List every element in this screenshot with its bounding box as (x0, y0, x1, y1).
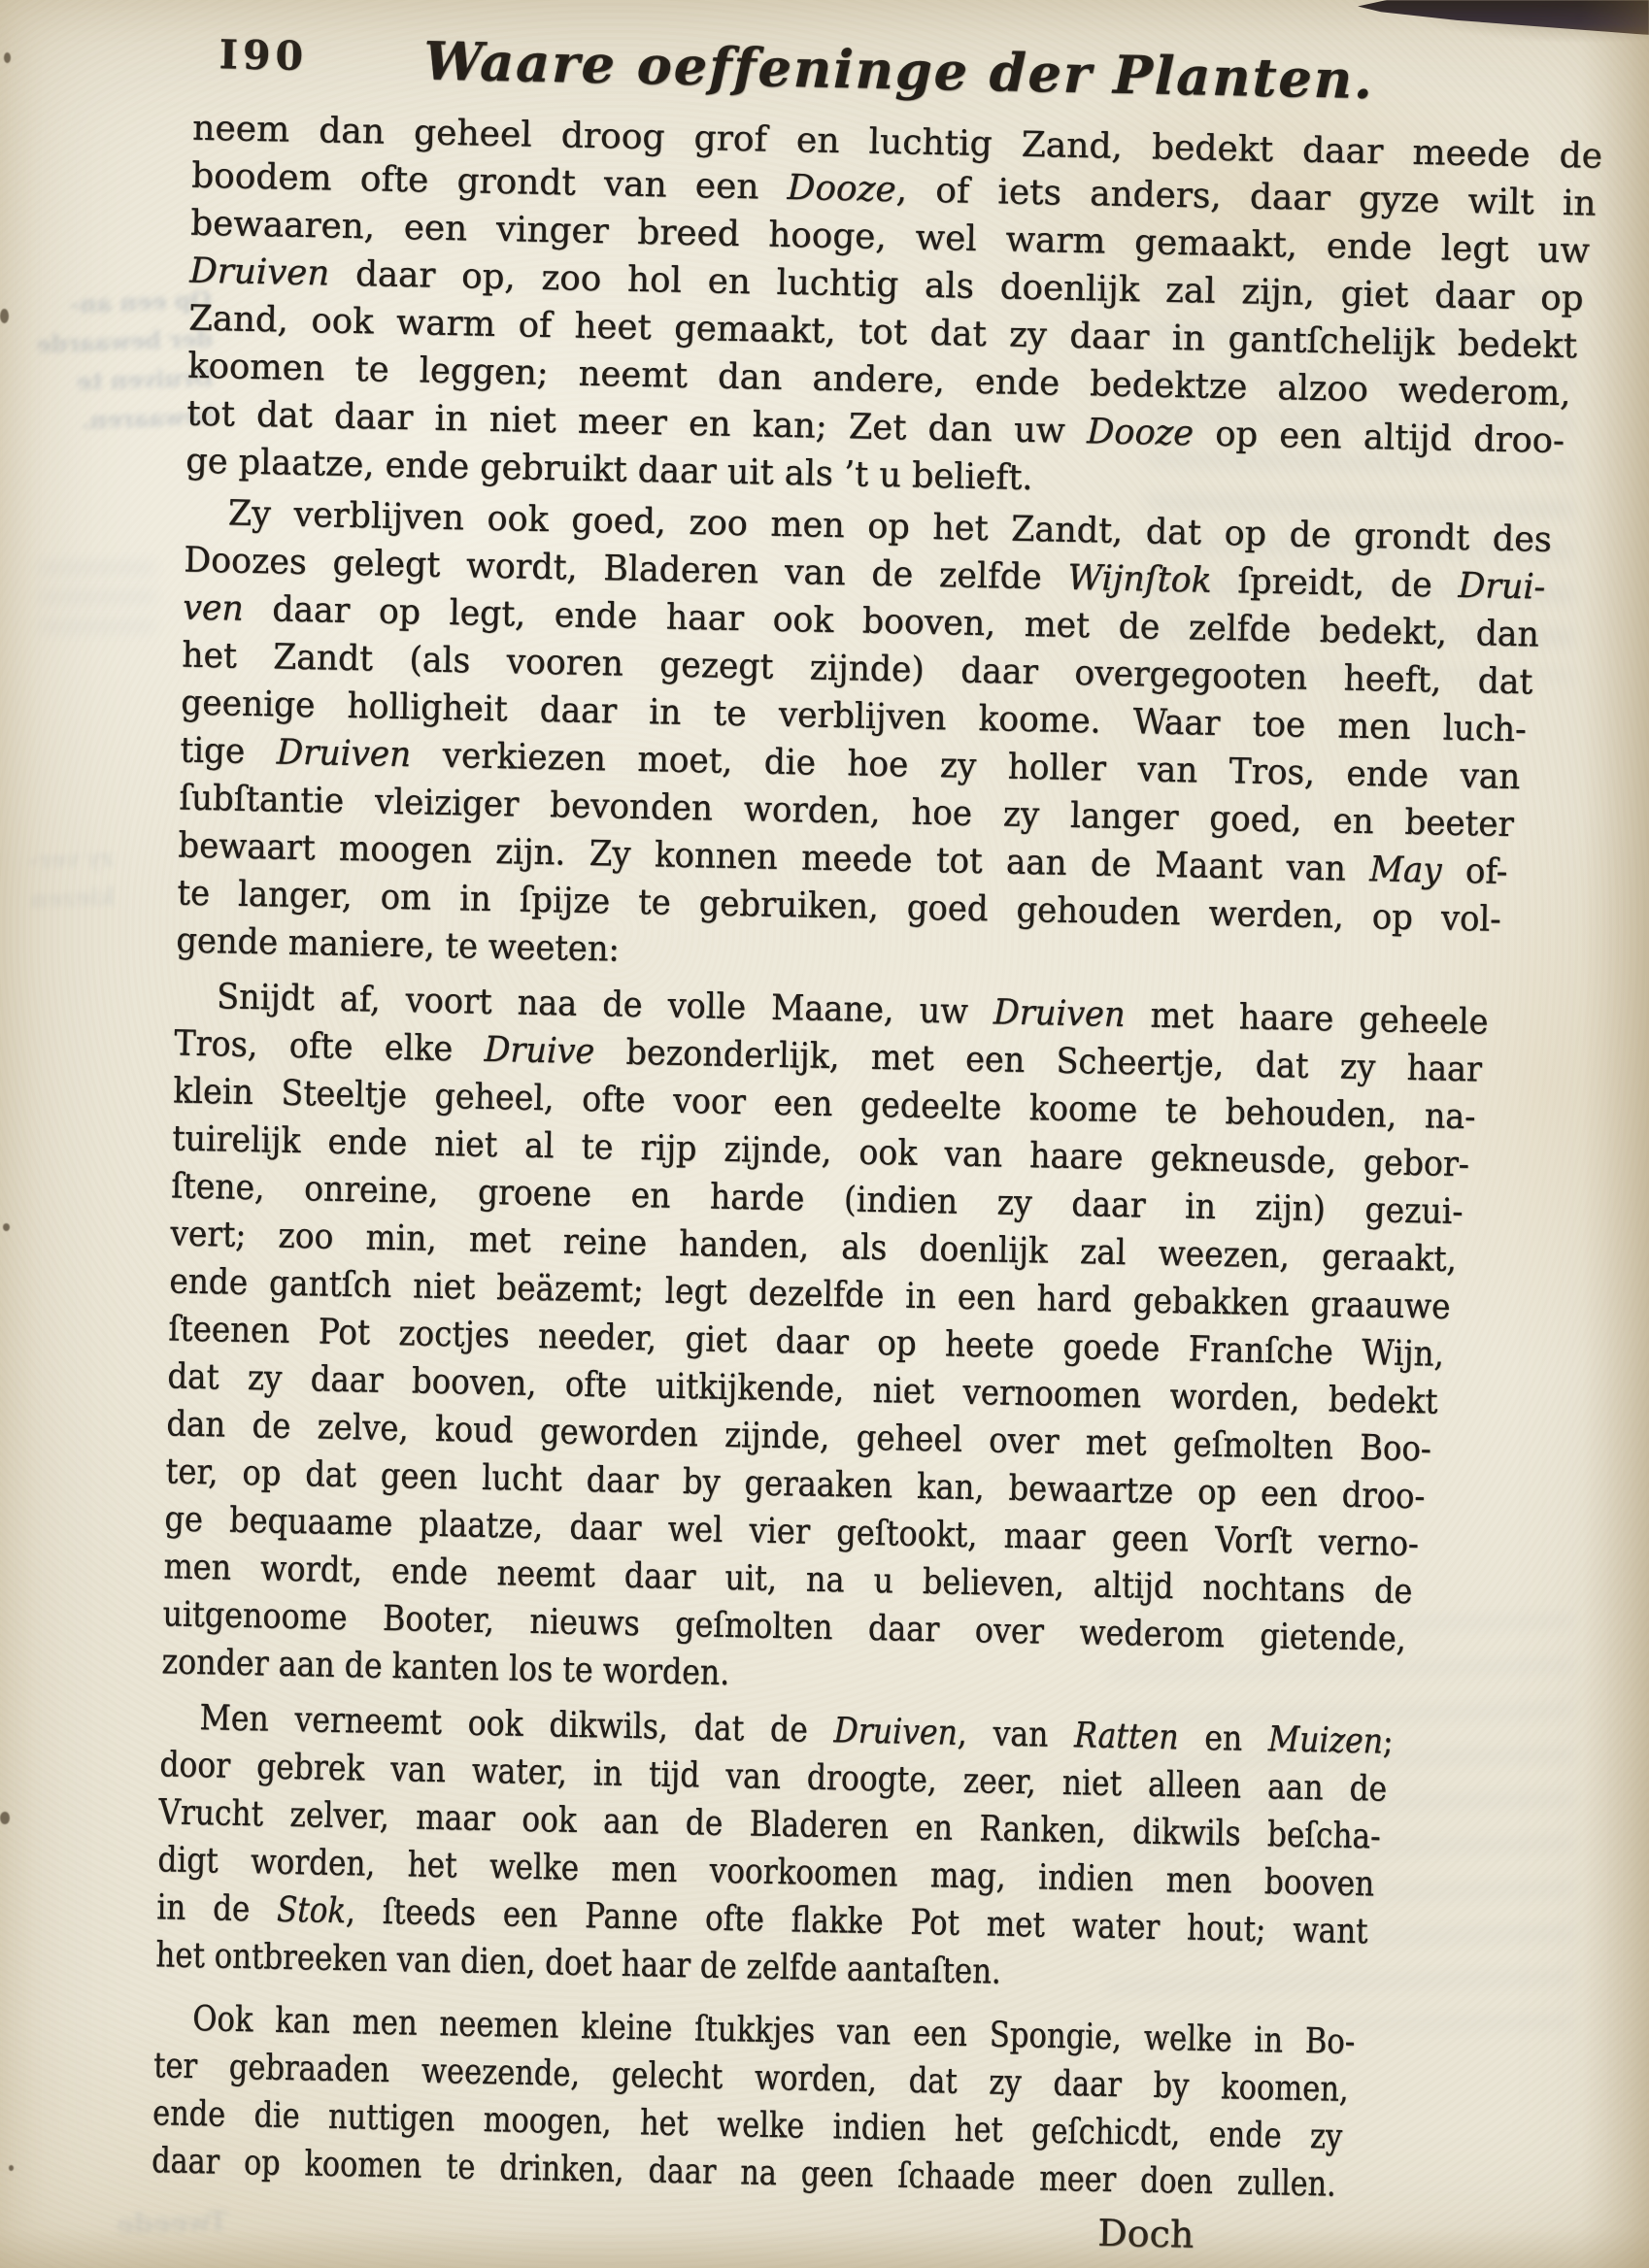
paragraph: neem dan geheel droog grof en luchtig Za… (185, 105, 1603, 514)
book-page-scan: Op een an-der bewaardeDruiven tebewaaren… (0, 0, 1649, 2268)
bleedthrough-marginalia: zy ver-kiezen (28, 838, 116, 918)
running-title: Waare oeffeninge der Planten. (193, 25, 1604, 116)
ink-speck (0, 1812, 10, 1824)
ink-speck (9, 2165, 14, 2171)
printed-text-block: I90 Waare oeffeninge der Planten. neem d… (151, 25, 1604, 2264)
body-text: neem dan geheel droog grof en luchtig Za… (151, 105, 1603, 2214)
binding-edge (1358, 0, 1649, 35)
ink-speck (3, 1223, 10, 1231)
paragraph: Men verneemt ook dikwils, dat de Druiven… (155, 1693, 1571, 2007)
bleedthrough-smudge (39, 544, 155, 631)
paragraph: Zy verblijven ook goed, zoo men op het Z… (176, 489, 1596, 993)
paragraph: Ook kan men neemen kleine ſtukkjes van e… (151, 1994, 1565, 2213)
ink-speck (4, 52, 11, 63)
paragraph: Snijdt af, voort naa de volle Maane, uw … (161, 972, 1585, 1714)
ink-speck (0, 309, 9, 323)
